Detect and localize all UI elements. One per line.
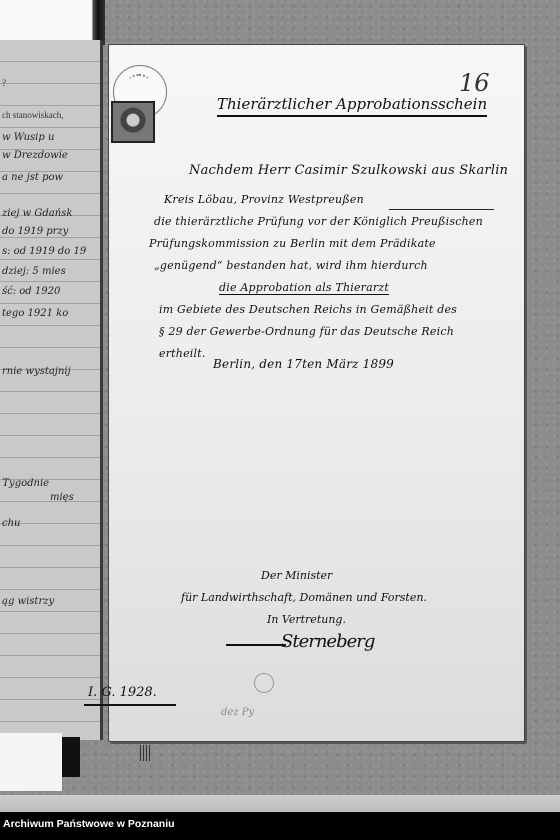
place-date: Berlin, den 17ten März 1899 [213, 357, 394, 371]
pencil-circle-mark [254, 673, 274, 693]
body-line: ertheilt. [159, 347, 206, 360]
archive-caption: Archiwum Państwowe w Poznaniu [3, 818, 175, 830]
body-line-approbation: die Approbation als Thierarzt [219, 281, 389, 295]
reference-underline [84, 704, 176, 706]
bottom-paper-strip [0, 795, 560, 812]
certificate-page: 16 Thierärztlicher Approbationsschein Na… [108, 44, 525, 742]
blank-line [389, 209, 494, 210]
signature-block-line: Der Minister [261, 569, 332, 582]
binder-rod [93, 0, 105, 45]
pencil-note: dez Py [221, 707, 254, 718]
tick-marks [140, 745, 150, 761]
body-line: Nachdem Herr Casimir Szulkowski aus Skar… [189, 163, 508, 178]
body-line: „genügend“ bestanden hat, wird ihm hierd… [154, 259, 428, 272]
left-page-handwriting: mięs [50, 492, 74, 503]
reference-number: I. G. 1928. [88, 685, 157, 700]
left-page-handwriting: ąg wistrzy [2, 596, 54, 607]
left-page-handwriting: ść: od 1920 [2, 286, 60, 297]
left-page-handwriting: chu [2, 518, 20, 529]
left-page-handwriting: rnie wystajnij [2, 366, 71, 377]
signature-block-line: In Vertretung. [267, 613, 346, 626]
body-line: Prüfungskommission zu Berlin mit dem Prä… [149, 237, 436, 250]
body-line: die thierärztliche Prüfung vor der König… [154, 215, 483, 228]
left-page-printed: ? [2, 78, 6, 88]
left-page-handwriting: w Wusip u [2, 132, 54, 143]
page-number: 16 [459, 69, 490, 97]
left-page-handwriting: s: od 1919 do 19 [2, 246, 86, 257]
signature-block-line: für Landwirthschaft, Domänen und Forsten… [181, 591, 427, 604]
background-paper [0, 0, 92, 42]
body-line: im Gebiete des Deutschen Reichs in Gemäß… [159, 303, 457, 316]
left-page-handwriting: ziej w Gdańsk [2, 208, 72, 219]
signature: Sterneberg [281, 631, 374, 652]
left-page-handwriting: do 1919 przy [2, 226, 68, 237]
left-page: ? ch stanowiskach, w Wusip u w Drezdowie… [0, 40, 103, 740]
left-page-handwriting: i Tygodnie [0, 478, 49, 489]
body-line: Kreis Löbau, Provinz Westpreußen [164, 193, 364, 206]
left-page-handwriting: a ne jst pow [2, 172, 63, 183]
caption-bar: Archiwum Państwowe w Poznaniu [0, 812, 560, 840]
left-page-handwriting: w Drezdowie [2, 150, 68, 161]
body-line: § 29 der Gewerbe-Ordnung für das Deutsch… [159, 325, 454, 338]
left-page-handwriting: tego 1921 ko [2, 308, 68, 319]
paper-corner [0, 733, 62, 791]
document-title: Thierärztlicher Approbationsschein [217, 95, 487, 117]
tax-stamp [111, 101, 155, 143]
left-page-handwriting: dziej: 5 mies [2, 266, 66, 277]
left-page-printed: ch stanowiskach, [2, 110, 63, 120]
binder-clip [62, 737, 80, 777]
scanned-document-image: ? ch stanowiskach, w Wusip u w Drezdowie… [0, 0, 560, 812]
